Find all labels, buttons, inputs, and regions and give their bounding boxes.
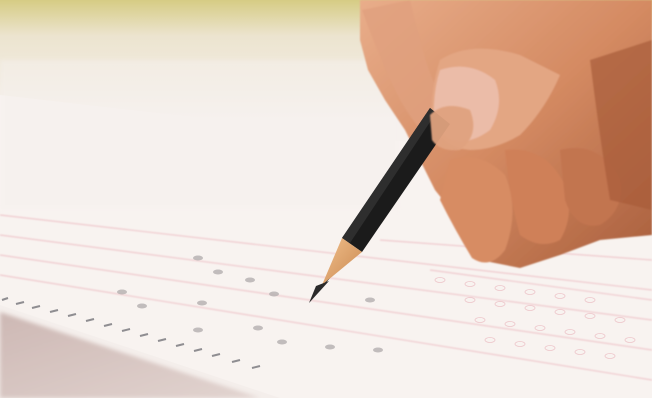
photo-scene [0, 0, 652, 398]
answer-sheet-photo [0, 0, 652, 398]
